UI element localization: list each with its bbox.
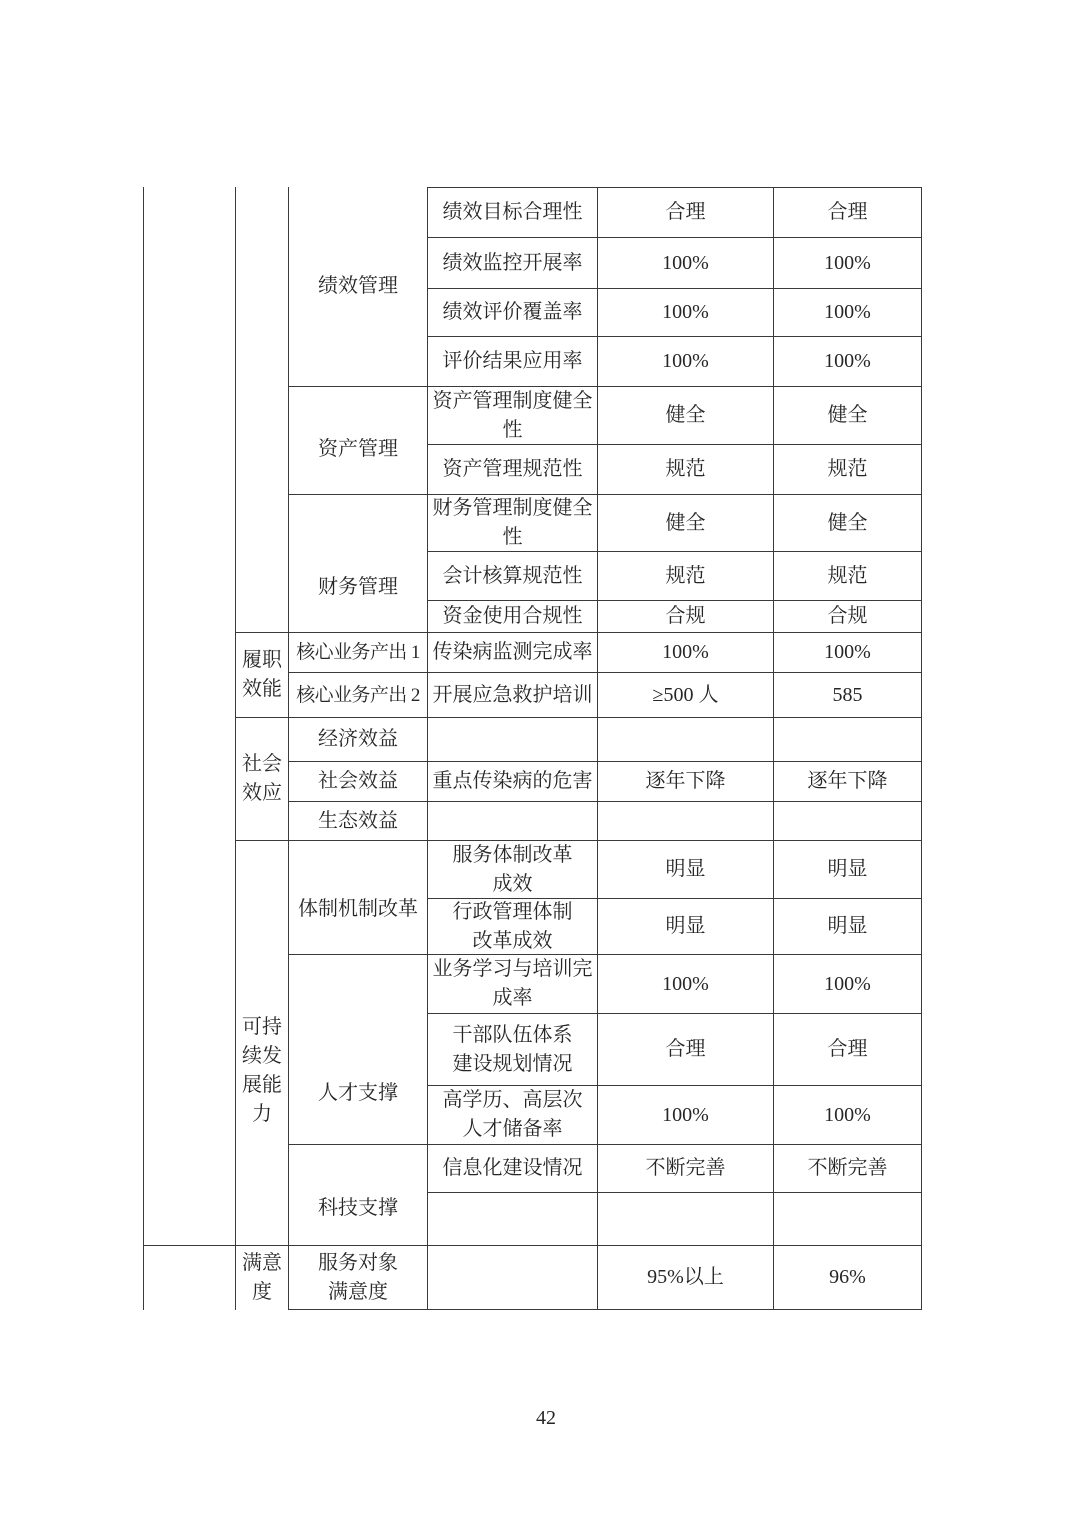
indicator-cell-r20: 信息化建设情况 (428, 1145, 598, 1193)
level2-cell-r10: 履职 效能 (236, 633, 289, 718)
indicator-cell-r17: 业务学习与培训完 成率 (428, 955, 598, 1014)
level3-cell-r22: 服务对象 满意度 (289, 1246, 428, 1310)
indicator-cell-r10: 传染病监测完成率 (428, 633, 598, 673)
indicator-cell-r12 (428, 718, 598, 762)
target-value-cell-r1: 合理 (598, 187, 774, 238)
target-value-cell-r6: 规范 (598, 445, 774, 495)
target-value-cell-r13: 逐年下降 (598, 762, 774, 802)
level3-cell-r12: 经济效益 (289, 718, 428, 762)
indicator-cell-r22 (428, 1246, 598, 1310)
level3-cell-r15: 体制机制改革 (289, 841, 428, 955)
indicator-cell-r11: 开展应急救护培训 (428, 673, 598, 718)
target-value-cell-r14 (598, 802, 774, 841)
actual-value-cell-r5: 健全 (774, 387, 922, 445)
indicator-cell-r7: 财务管理制度健全 性 (428, 495, 598, 552)
actual-value-cell-r4: 100% (774, 337, 922, 387)
indicator-cell-r19: 高学历、高层次 人才储备率 (428, 1086, 598, 1145)
level3-cell-r14: 生态效益 (289, 802, 428, 841)
indicator-cell-r6: 资产管理规范性 (428, 445, 598, 495)
actual-value-cell-r15: 明显 (774, 841, 922, 899)
indicator-cell-r16: 行政管理体制 改革成效 (428, 899, 598, 955)
level3-cell-r20: 科技支撑 (289, 1145, 428, 1246)
level1-cell-r1 (143, 187, 236, 1246)
actual-value-cell-r7: 健全 (774, 495, 922, 552)
indicator-cell-r3: 绩效评价覆盖率 (428, 289, 598, 337)
actual-value-cell-r1: 合理 (774, 187, 922, 238)
actual-value-cell-r12 (774, 718, 922, 762)
page-number: 42 (0, 1406, 1074, 1430)
indicator-cell-r1: 绩效目标合理性 (428, 187, 598, 238)
actual-value-cell-r8: 规范 (774, 552, 922, 601)
target-value-cell-r17: 100% (598, 955, 774, 1014)
level3-cell-r13: 社会效益 (289, 762, 428, 802)
target-value-cell-r3: 100% (598, 289, 774, 337)
indicator-cell-r13: 重点传染病的危害 (428, 762, 598, 802)
target-value-cell-r8: 规范 (598, 552, 774, 601)
target-value-cell-r19: 100% (598, 1086, 774, 1145)
target-value-cell-r21 (598, 1193, 774, 1246)
actual-value-cell-r10: 100% (774, 633, 922, 673)
actual-value-cell-r20: 不断完善 (774, 1145, 922, 1193)
target-value-cell-r18: 合理 (598, 1014, 774, 1086)
indicator-cell-r15: 服务体制改革 成效 (428, 841, 598, 899)
target-value-cell-r10: 100% (598, 633, 774, 673)
indicator-cell-r4: 评价结果应用率 (428, 337, 598, 387)
actual-value-cell-r18: 合理 (774, 1014, 922, 1086)
actual-value-cell-r19: 100% (774, 1086, 922, 1145)
indicator-cell-r9: 资金使用合规性 (428, 601, 598, 633)
indicator-cell-r18: 干部队伍体系 建设规划情况 (428, 1014, 598, 1086)
actual-value-cell-r3: 100% (774, 289, 922, 337)
indicator-cell-r14 (428, 802, 598, 841)
actual-value-cell-r21 (774, 1193, 922, 1246)
level3-cell-r10: 核心业务产出 1 (289, 633, 428, 673)
indicator-cell-r8: 会计核算规范性 (428, 552, 598, 601)
target-value-cell-r20: 不断完善 (598, 1145, 774, 1193)
level2-cell-r22: 满意 度 (236, 1246, 289, 1310)
indicator-cell-r21 (428, 1193, 598, 1246)
level2-cell-r12: 社会 效应 (236, 718, 289, 841)
actual-value-cell-r16: 明显 (774, 899, 922, 955)
actual-value-cell-r14 (774, 802, 922, 841)
level3-cell-r1: 绩效管理 (289, 187, 428, 387)
target-value-cell-r4: 100% (598, 337, 774, 387)
target-value-cell-r12 (598, 718, 774, 762)
evaluation-table: 履职 效能社会 效应可持 续发 展能 力满意 度绩效管理资产管理财务管理核心业务… (143, 187, 922, 1310)
document-page: 履职 效能社会 效应可持 续发 展能 力满意 度绩效管理资产管理财务管理核心业务… (0, 0, 1074, 1520)
target-value-cell-r2: 100% (598, 238, 774, 289)
actual-value-cell-r17: 100% (774, 955, 922, 1014)
target-value-cell-r7: 健全 (598, 495, 774, 552)
indicator-cell-r2: 绩效监控开展率 (428, 238, 598, 289)
level3-cell-r7: 财务管理 (289, 495, 428, 633)
target-value-cell-r16: 明显 (598, 899, 774, 955)
level3-cell-r17: 人才支撑 (289, 955, 428, 1145)
actual-value-cell-r13: 逐年下降 (774, 762, 922, 802)
target-value-cell-r9: 合规 (598, 601, 774, 633)
indicator-cell-r5: 资产管理制度健全 性 (428, 387, 598, 445)
level1-cell-r22 (143, 1246, 236, 1310)
target-value-cell-r22: 95%以上 (598, 1246, 774, 1310)
level2-cell-r15: 可持 续发 展能 力 (236, 841, 289, 1246)
level3-cell-r11: 核心业务产出 2 (289, 673, 428, 718)
actual-value-cell-r11: 585 (774, 673, 922, 718)
actual-value-cell-r2: 100% (774, 238, 922, 289)
actual-value-cell-r6: 规范 (774, 445, 922, 495)
target-value-cell-r5: 健全 (598, 387, 774, 445)
actual-value-cell-r9: 合规 (774, 601, 922, 633)
level2-cell-r1 (236, 187, 289, 633)
target-value-cell-r11: ≥500 人 (598, 673, 774, 718)
actual-value-cell-r22: 96% (774, 1246, 922, 1310)
level3-cell-r5: 资产管理 (289, 387, 428, 495)
target-value-cell-r15: 明显 (598, 841, 774, 899)
